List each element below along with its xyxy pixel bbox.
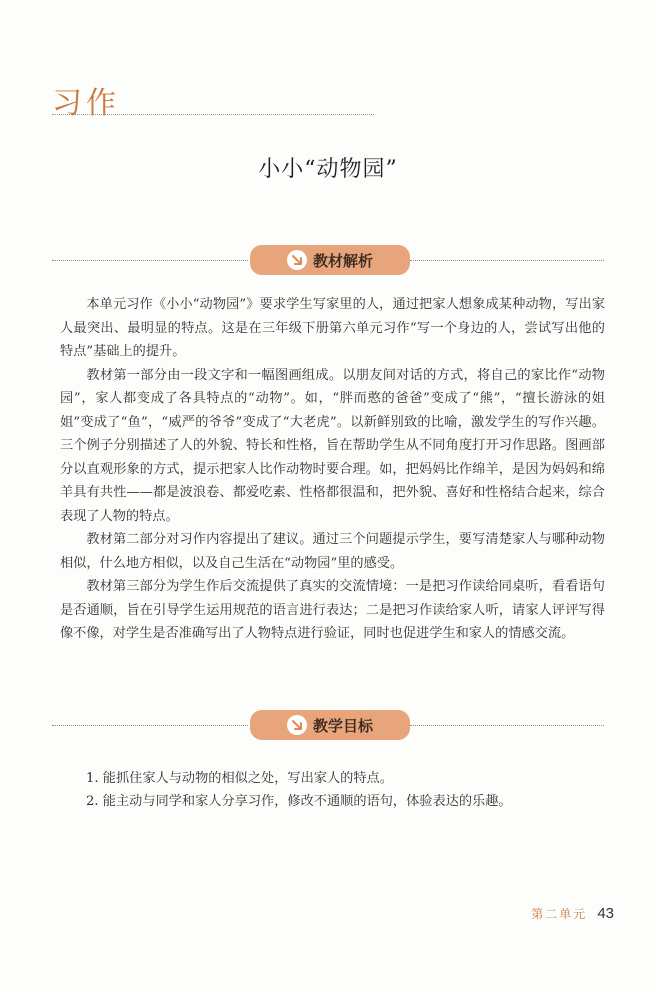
dotted-divider [410,725,604,726]
analysis-paragraph: 教材第一部分由一段文字和一幅图画组成。以朋友间对话的方式，将自己的家比作“动物园… [60,364,605,529]
section-heading: 习作 [52,78,120,122]
lesson-title: 小小“动物园” [0,152,656,183]
banner-analysis: 教材解析 [250,245,410,275]
page-number: 43 [597,905,614,922]
banner-label: 教材解析 [313,250,373,271]
analysis-paragraph: 教材第三部分为学生作后交流提供了真实的交流情境：一是把习作读给同桌听，看看语句是… [60,575,605,646]
page-footer: 第二单元 43 [531,905,614,922]
unit-label: 第二单元 [531,905,587,922]
arrow-down-right-circle-icon [287,250,307,270]
goal-item: 2. 能主动与同学和家人分享习作，修改不通顺的语句，体验表达的乐趣。 [86,790,606,813]
banner-goals: 教学目标 [250,710,410,740]
goals-list: 1. 能抓住家人与动物的相似之处，写出家人的特点。 2. 能主动与同学和家人分享… [86,767,606,813]
arrow-down-right-circle-icon [287,715,307,735]
section-divider [52,114,374,115]
banner-label: 教学目标 [313,715,373,736]
banner-goals-row: 教学目标 [52,708,604,742]
dotted-divider [52,260,248,261]
goal-item: 1. 能抓住家人与动物的相似之处，写出家人的特点。 [86,767,606,790]
banner-analysis-row: 教材解析 [52,243,604,277]
analysis-paragraph: 教材第二部分对习作内容提出了建议。通过三个问题提示学生，要写清楚家人与哪种动物相… [60,528,605,575]
dotted-divider [410,260,604,261]
analysis-body: 本单元习作《小小“动物园”》要求学生写家里的人，通过把家人想象成某种动物，写出家… [60,293,605,646]
analysis-paragraph: 本单元习作《小小“动物园”》要求学生写家里的人，通过把家人想象成某种动物，写出家… [60,293,605,364]
dotted-divider [52,725,248,726]
